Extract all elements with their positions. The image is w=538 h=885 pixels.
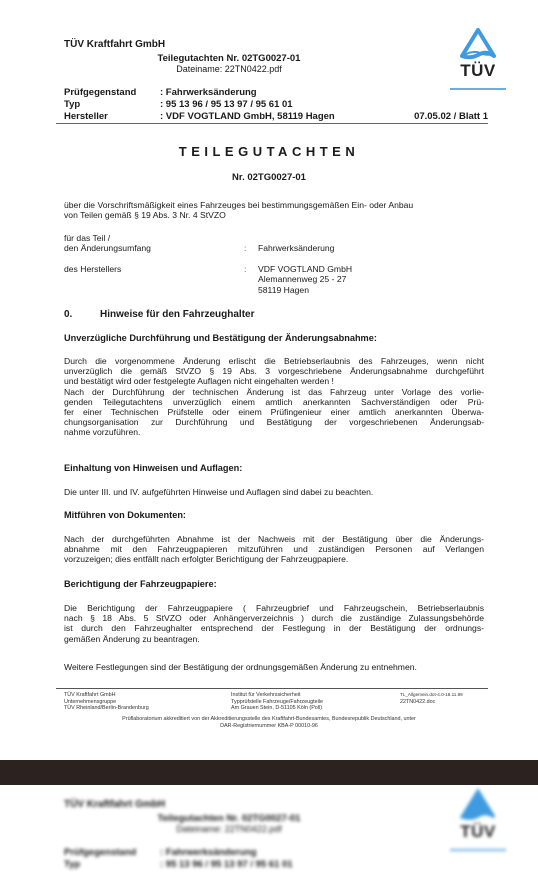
logo-underline (450, 88, 506, 90)
heading-berichtigung: Berichtigung der Fahrzeugpapiere: (64, 579, 217, 589)
tuev-logo: TÜV (450, 28, 506, 90)
document-title: TEILEGUTACHTEN (0, 144, 538, 159)
footer-left: TÜV Kraftfahrt GmbH Unternehmensgruppe T… (64, 692, 149, 712)
paragraph-berichtigung: Die Berichtigung der Fahrzeugpapiere ( F… (64, 603, 484, 644)
intro-paragraph: über die Vorschriftsmäßigkeit eines Fahr… (64, 200, 484, 220)
footer-divider (56, 688, 488, 689)
footer-center: Institut für Verkehrssicherheit Typprüfs… (231, 692, 323, 712)
section-number: 0. (64, 309, 72, 320)
page2-logo-underline (450, 849, 506, 851)
logo-text: TÜV (450, 61, 506, 81)
header-date-page: 07.05.02 / Blatt 1 (414, 111, 488, 122)
header-row-typ: Typ: 95 13 96 / 95 13 97 / 95 61 01 (64, 99, 293, 110)
header-row-hersteller: Hersteller: VDF VOGTLAND GmbH, 58119 Hag… (64, 111, 335, 122)
page2-header-company: TÜV Kraftfahrt GmbH (64, 799, 165, 810)
page2-header-row-typ: Typ: 95 13 96 / 95 13 97 / 95 61 01 (64, 859, 293, 870)
header-row-pruefgegenstand: Prüfgegenstand: Fahrwerksänderung (64, 87, 257, 98)
manufacturer-label: des Herstellers (64, 264, 121, 274)
page2-tuev-triangle-icon (450, 789, 506, 823)
heading-einhaltung: Einhaltung von Hinweisen und Auflagen: (64, 463, 242, 473)
document-page-2: TÜV Kraftfahrt GmbH Teilegutachten Nr. 0… (0, 785, 538, 885)
manufacturer-address: VDF VOGTLAND GmbH Alemannenweg 25 - 27 5… (258, 264, 352, 295)
section-title: Hinweise für den Fahrzeughalter (100, 309, 254, 320)
document-number: Nr. 02TG0027-01 (0, 172, 538, 183)
document-page-1: TÜV Kraftfahrt GmbH Teilegutachten Nr. 0… (0, 0, 538, 760)
paragraph-mitfuehren: Nach der durchgeführten Abnahme ist der … (64, 534, 484, 565)
heading-durchfuehrung: Unverzügliche Durchführung und Bestätigu… (64, 333, 377, 343)
page2-tuev-logo: TÜV (450, 789, 506, 851)
closing-paragraph: Weitere Festlegungen sind der Bestätigun… (64, 662, 484, 672)
part-colon: : (244, 243, 246, 253)
header-company: TÜV Kraftfahrt GmbH (64, 39, 165, 50)
manufacturer-colon: : (244, 264, 246, 274)
paragraph-einhaltung: Die unter III. und IV. aufgeführten Hinw… (64, 487, 484, 497)
part-value: Fahrwerksänderung (258, 243, 334, 253)
heading-mitfuehren: Mitführen von Dokumenten: (64, 510, 186, 520)
page-separator (0, 760, 538, 785)
paragraph-durchfuehrung: Durch die vorgenommene Änderung erlischt… (64, 356, 484, 438)
header-divider (56, 123, 488, 124)
footer-right: TL_Allgemein.dot-4.0-18.11.99 22TN0422.d… (400, 692, 463, 705)
tuev-triangle-icon (450, 28, 506, 62)
part-label: für das Teil / den Änderungsumfang (64, 233, 151, 254)
page2-logo-text: TÜV (450, 822, 506, 842)
page2-header-row-pruefgegenstand: Prüfgegenstand: Fahrwerksänderung (64, 847, 257, 858)
footer-accreditation: Prüflaboratorium akkreditiert von der Ak… (0, 716, 538, 729)
